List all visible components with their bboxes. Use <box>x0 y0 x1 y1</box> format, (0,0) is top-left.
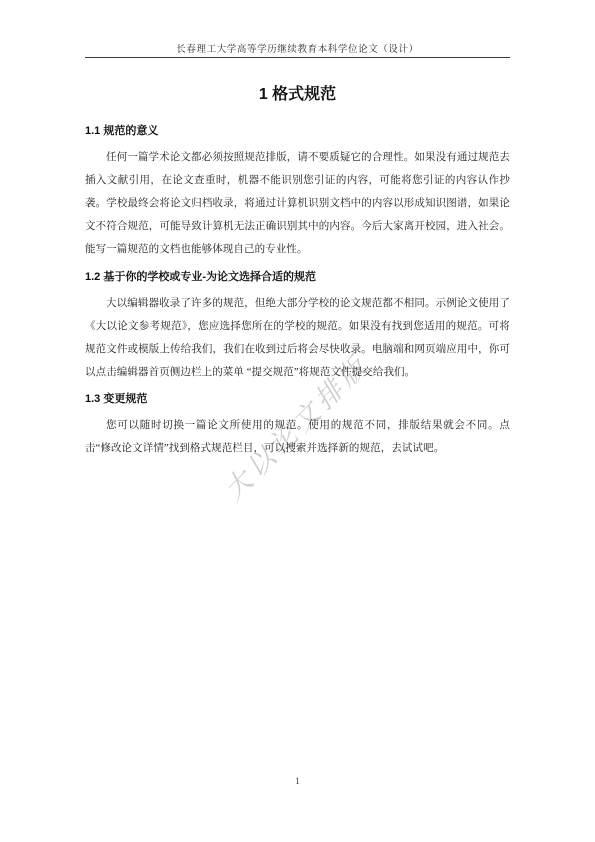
section-paragraph-1-2: 大以编辑器收录了许多的规范，但绝大部分学校的论文规范都不相同。示例论文使用了《大… <box>85 292 510 384</box>
chapter-title: 1 格式规范 <box>85 84 510 106</box>
header-rule-divider <box>85 57 510 58</box>
document-page: 大以论文排版 长春理工大学高等学历继续教育本科学位论文（设计） 1 格式规范 1… <box>0 0 595 842</box>
running-header: 长春理工大学高等学历继续教育本科学位论文（设计） <box>85 41 510 55</box>
section-paragraph-1-1: 任何一篇学术论文都必须按照规范排版，请不要质疑它的合理性。如果没有通过规范去插入… <box>85 146 510 261</box>
section-heading-1-2: 1.2 基于你的学校或专业-为论文选择合适的规范 <box>85 270 510 285</box>
section-heading-1-1: 1.1 规范的意义 <box>85 124 510 139</box>
page-number: 1 <box>85 776 510 786</box>
section-paragraph-1-3: 您可以随时切换一篇论文所使用的规范。使用的规范不同，排版结果就会不同。点击“修改… <box>85 414 510 460</box>
section-heading-1-3: 1.3 变更规范 <box>85 392 510 407</box>
